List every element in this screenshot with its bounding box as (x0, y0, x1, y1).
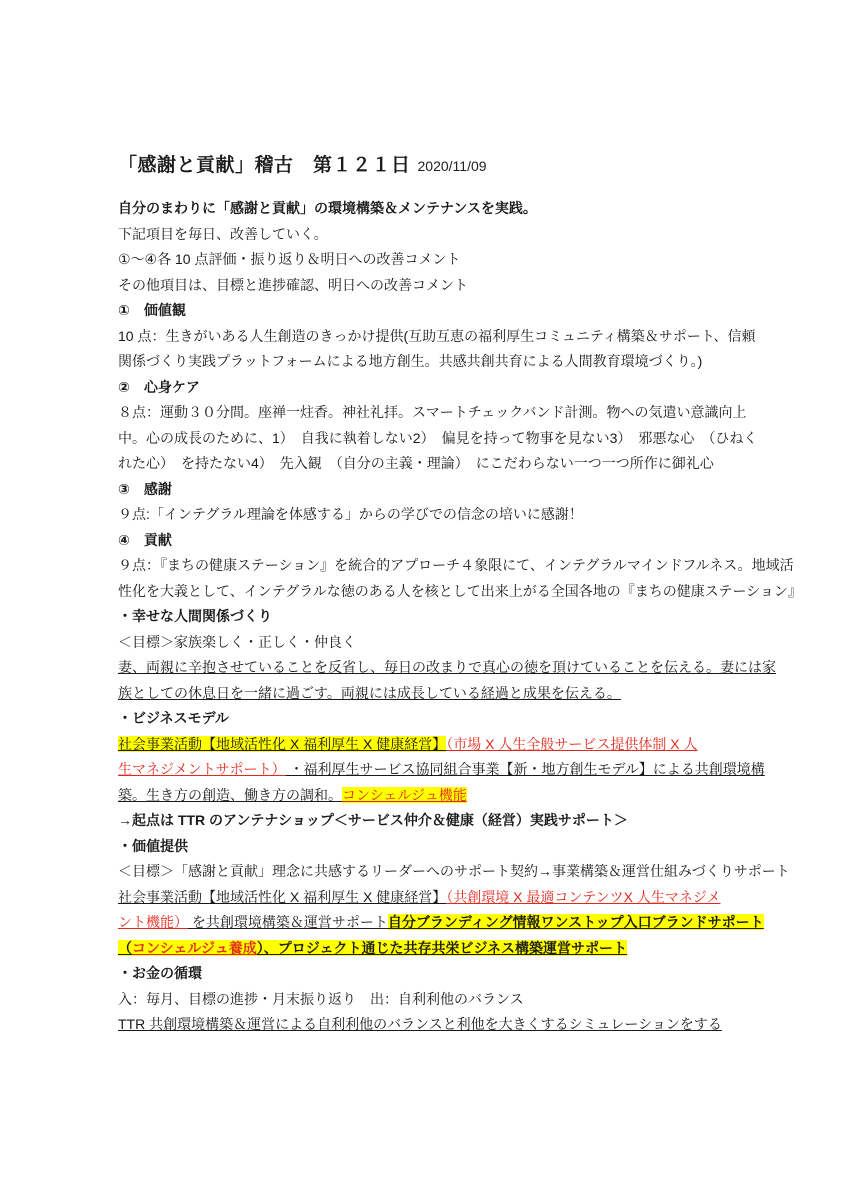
text-segment: ・幸せな人間関係づくり (118, 608, 272, 624)
text-line: ＜目標＞「感謝と貢献」理念に共感するリーダーへのサポート契約→事業構築＆運営仕組… (118, 859, 743, 885)
highlighted-text-segment: （ (118, 940, 132, 956)
text-segment: ④ (118, 532, 144, 548)
text-line: 10 点：生きがいある人生創造のきっかけ提供(互助互恵の福利厚生コミュニティ構築… (118, 324, 743, 350)
text-segment: 築。生き方の創造、働き方の調和。 (118, 787, 342, 803)
text-line: ② 心身ケア (118, 375, 743, 401)
text-line: 下記項目を毎日、改善していく。 (118, 222, 743, 248)
text-segment: ・お金の循環 (118, 965, 202, 981)
text-segment: 感謝 (144, 481, 172, 497)
text-line: ① 価値観 (118, 298, 743, 324)
text-line: 中。心の成長のために、1） 自我に執着しない2） 偏見を持って物事を見ない3） … (118, 426, 743, 452)
page-date: 2020/11/09 (418, 158, 487, 174)
text-line: ③ 感謝 (118, 477, 743, 503)
text-segment: 貢献 (144, 532, 172, 548)
text-line: 生マネジメントサポート） ・福利厚生サービス協同組合事業【新・地方創生モデル】に… (118, 757, 743, 783)
document-page: 「感謝と貢献」稽古 第１２１日2020/11/09 自分のまわりに「感謝と貢献」… (118, 150, 743, 1038)
text-segment: 下記項目を毎日、改善していく。 (118, 226, 328, 242)
text-segment: ・ビジネスモデル (118, 710, 229, 726)
text-segment: その他項目は、目標と進捗確認、明日への改善コメント (118, 277, 468, 293)
page-title-text: 「感謝と貢献」稽古 第１２１日 (118, 155, 411, 176)
text-line: ①～④各 10 点評価・振り返り＆明日への改善コメント (118, 247, 743, 273)
text-line: 関係づくり実践プラットフォームによる地方創生。共感共創共育による人間教育環境づく… (118, 349, 743, 375)
text-line: 妻、両親に辛抱させていることを反省し、毎日の改まりで真心の徳を頂けていることを伝… (118, 655, 743, 681)
text-line: ９点：『まちの健康ステーション』を統合的アプローチ４象限にて、インテグラルマイン… (118, 553, 743, 579)
text-segment: 自分のまわりに「感謝と貢献」の環境構築＆メンテナンスを実践。 (118, 200, 537, 216)
text-line: ・価値提供 (118, 834, 743, 860)
text-segment: ・価値提供 (118, 838, 188, 854)
text-line: その他項目は、目標と進捗確認、明日への改善コメント (118, 273, 743, 299)
text-line: 自分のまわりに「感謝と貢献」の環境構築＆メンテナンスを実践。 (118, 196, 743, 222)
text-line: 族としての休息日を一緒に過ごす。両親には成長している経過と成果を伝える。 (118, 681, 743, 707)
text-segment: TTR 共創環境構築＆運営による自利利他のバランスと利他を大きくするシミュレーシ… (118, 1016, 722, 1032)
text-segment: 妻、両親に辛抱させていることを反省し、毎日の改まりで真心の徳を頂けていることを伝… (118, 659, 776, 675)
text-segment: ＜目標＞「感謝と貢献」理念に共感するリーダーへのサポート契約→事業構築＆運営仕組… (118, 863, 790, 879)
text-segment: ①～④各 10 点評価・振り返り＆明日への改善コメント (118, 251, 460, 267)
text-line: 築。生き方の創造、働き方の調和。コンシェルジュ機能 (118, 783, 743, 809)
text-line: ・ビジネスモデル (118, 706, 743, 732)
page-title: 「感謝と貢献」稽古 第１２１日2020/11/09 (118, 150, 743, 177)
text-segment: ① (118, 302, 144, 318)
text-segment: ② (118, 379, 144, 395)
text-line: ・お金の循環 (118, 961, 743, 987)
highlighted-text-segment: コンシェルジュ養成 (132, 940, 257, 956)
text-segment: （市場 X 人生全般サービス提供体制 X 人 (446, 736, 697, 752)
text-line: （コンシェルジュ養成）、プロジェクト通じた共存共栄ビジネス構築運営サポート (118, 936, 743, 962)
text-segment: ９点:「インテグラル理論を体感する」からの学びでの信念の培いに感謝！ (118, 506, 583, 522)
text-segment: を共創環境構築＆運営サポート (188, 914, 388, 930)
highlighted-text-segment: コンシェルジュ機能 (342, 787, 467, 803)
text-line: ９点:「インテグラル理論を体感する」からの学びでの信念の培いに感謝！ (118, 502, 743, 528)
text-segment: ９点：『まちの健康ステーション』を統合的アプローチ４象限にて、インテグラルマイン… (118, 557, 794, 573)
text-segment: ・福利厚生サービス協同組合事業【新・地方創生モデル】による共創環境構 (286, 761, 765, 777)
text-segment: 族としての休息日を一緒に過ごす。両親には成長している経過と成果を伝える。 (118, 685, 621, 701)
text-segment: 10 点：生きがいある人生創造のきっかけ提供(互助互恵の福利厚生コミュニティ構築… (118, 328, 755, 344)
text-line: 入：毎月、目標の進捗・月末振り返り 出：自利利他のバランス (118, 987, 743, 1013)
text-line: 社会事業活動【地域活性化 X 福利厚生 X 健康経営】（市場 X 人生全般サービ… (118, 732, 743, 758)
text-segment: ＜目標＞家族楽しく・正しく・仲良く (118, 634, 356, 650)
text-line: れた心） を持たない4） 先入観 （自分の主義・理論） にこだわらない一つ一つ所… (118, 451, 743, 477)
text-segment: 生マネジメントサポート） (118, 761, 286, 777)
text-segment: 関係づくり実践プラットフォームによる地方創生。共感共創共育による人間教育環境づく… (118, 353, 702, 369)
text-segment: 性化を大義として、インテグラルな徳のある人を核として出来上がる全国各地の『まちの… (118, 583, 802, 599)
highlighted-text-segment: 自分ブランディング情報ワンストップ入口ブランドサポート (388, 914, 764, 930)
text-segment: 入：毎月、目標の進捗・月末振り返り 出：自利利他のバランス (118, 991, 524, 1007)
text-segment: ③ (118, 481, 144, 497)
text-segment: ８点：運動３０分間。座禅一炷香。神社礼拝。スマートチェックバンド計測。物への気遣… (118, 404, 746, 420)
text-line: ント機能） を共創環境構築＆運営サポート自分ブランディング情報ワンストップ入口ブ… (118, 910, 743, 936)
text-line: ④ 貢献 (118, 528, 743, 554)
text-line: TTR 共創環境構築＆運営による自利利他のバランスと利他を大きくするシミュレーシ… (118, 1012, 743, 1038)
text-segment: →起点は TTR のアンテナショップ＜サービス仲介＆健康（経営）実践サポート＞ (118, 812, 628, 828)
text-segment: ント機能） (118, 914, 188, 930)
text-line: ・幸せな人間関係づくり (118, 604, 743, 630)
text-segment: 価値観 (144, 302, 186, 318)
text-segment: 社会事業活動【地域活性化 X 福利厚生 X 健康経営】 (118, 889, 446, 905)
highlighted-text-segment: 社会事業活動【地域活性化 X 福利厚生 X 健康経営】 (118, 736, 446, 752)
text-line: →起点は TTR のアンテナショップ＜サービス仲介＆健康（経営）実践サポート＞ (118, 808, 743, 834)
text-segment: 心身ケア (144, 379, 200, 395)
text-line: ８点：運動３０分間。座禅一炷香。神社礼拝。スマートチェックバンド計測。物への気遣… (118, 400, 743, 426)
document-body: 自分のまわりに「感謝と貢献」の環境構築＆メンテナンスを実践。下記項目を毎日、改善… (118, 196, 743, 1038)
text-line: 性化を大義として、インテグラルな徳のある人を核として出来上がる全国各地の『まちの… (118, 579, 743, 605)
text-segment: 中。心の成長のために、1） 自我に執着しない2） 偏見を持って物事を見ない3） … (118, 430, 757, 446)
text-segment: れた心） を持たない4） 先入観 （自分の主義・理論） にこだわらない一つ一つ所… (118, 455, 714, 471)
text-line: ＜目標＞家族楽しく・正しく・仲良く (118, 630, 743, 656)
text-line: 社会事業活動【地域活性化 X 福利厚生 X 健康経営】（共創環境 X 最適コンテ… (118, 885, 743, 911)
highlighted-text-segment: ）、プロジェクト通じた共存共栄ビジネス構築運営サポート (257, 940, 627, 956)
text-segment: （共創環境 X 最適コンテンツX 人生マネジメ (446, 889, 720, 905)
